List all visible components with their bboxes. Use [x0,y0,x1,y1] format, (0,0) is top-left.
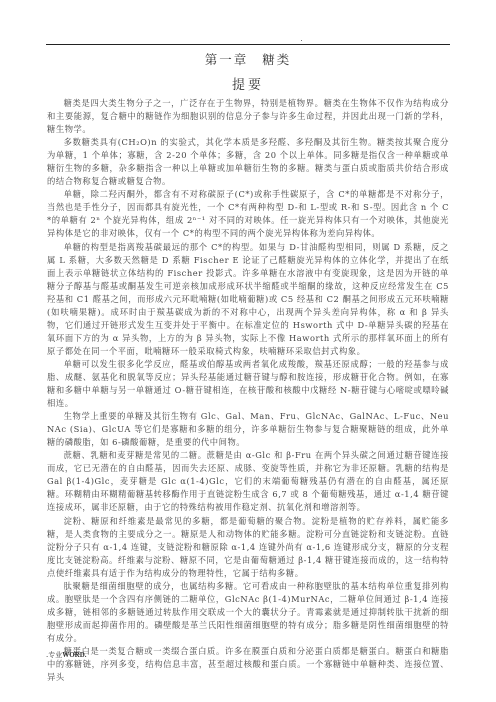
body-text: 糖类是四大类生物分子之一，广泛存在于生物界，特别是植物界。糖类在生物体不仅作为结… [47,97,449,684]
paragraph: 多数糖类具有(CH₂O)n 的实验式，其化学本质是多羟醛、多羟酮及其衍生物。糖类… [47,136,449,188]
document-page: 第一章糖类 提要 糖类是四大类生物分子之一，广泛存在于生物界，特别是植物界。糖类… [0,0,496,702]
chapter-name: 糖类 [262,52,291,67]
header-dot [301,40,302,41]
paragraph: 淀粉、糖原和纤维素是最常见的多糖，都是葡萄糖的聚合物。淀粉是植物的贮存养料，属贮… [47,515,449,580]
chapter-title: 第一章糖类 [0,50,496,68]
paragraph: 肽聚糖是细菌细胞壁的成分，也属结构多糖。它可看成由一种称胞壁肽的基本结构单位重复… [47,580,449,645]
paragraph: 单糖，除二羟丙酮外，都含有不对称碳原子(C*)或称手性碳原子，含 C*的单糖都是… [47,188,449,240]
section-title: 提要 [0,74,496,93]
paragraph: 蔗糖、乳糖和麦芽糖是常见的二糖。蔗糖是由 α-Glc 和 β-Fru 在两个异头… [47,449,449,514]
footer: .专业WORD. [46,650,87,660]
paragraph: 生物学上重要的单糖及其衍生物有 Glc、Gal、Man、Fru、GlcNAc、G… [47,410,449,449]
footer-label: WORD. [62,651,86,659]
footer-prefix: .专业 [46,651,62,659]
paragraph: 单糖的构型是指离羧基碳最远的那个 C*的构型。如果与 D-甘油醛构型相同，则属 … [47,241,449,358]
header-rule [46,44,450,45]
paragraph: 糖类是四大类生物分子之一，广泛存在于生物界，特别是植物界。糖类在生物体不仅作为结… [47,97,449,136]
chapter-number: 第一章 [205,52,249,67]
paragraph: 糖蛋白是一类复合糖或一类缀合蛋白质。许多在膜蛋白质和分泌蛋白质都是糖蛋白。糖蛋白… [47,645,449,684]
paragraph: 单糖可以发生很多化学反应，醛基或伯醇基或两者氧化成羧酸，羰基还原成醇；一般的羟基… [47,358,449,410]
